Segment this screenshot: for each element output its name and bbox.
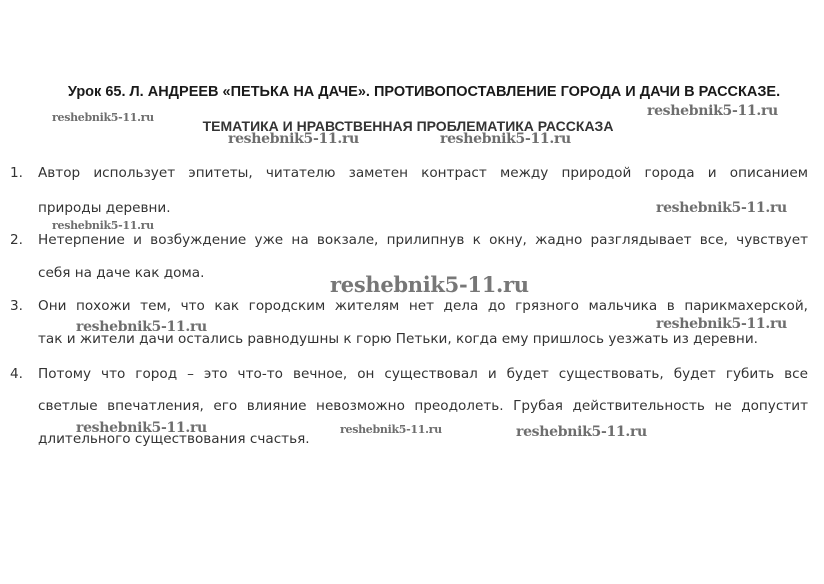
watermark: reshebnik5-11.ru [76,420,207,436]
watermark: reshebnik5-11.ru [440,131,571,147]
watermark: reshebnik5-11.ru [656,316,787,332]
item-text-line: Автор использует эпитеты, читателю замет… [38,165,808,181]
item-text-line: Они похожи тем, что как городским жителя… [38,298,808,314]
item-text-line: светлые впечатления, его влияние невозмо… [38,398,808,414]
watermark: reshebnik5-11.ru [52,111,154,124]
watermark: reshebnik5-11.ru [76,319,207,335]
item-text-line: Потому что город – это что-то вечное, он… [38,366,808,382]
item-number: 3. [10,298,23,314]
item-number: 1. [10,165,23,181]
watermark: reshebnik5-11.ru [330,272,529,297]
watermark: reshebnik5-11.ru [52,219,154,232]
item-text-line: Нетерпение и возбуждение уже на вокзале,… [38,232,808,248]
item-number: 4. [10,366,23,382]
watermark: reshebnik5-11.ru [656,200,787,216]
watermark: reshebnik5-11.ru [340,423,442,436]
lesson-title: Урок 65. Л. АНДРЕЕВ «ПЕТЬКА НА ДАЧЕ». ПР… [12,84,824,100]
item-number: 2. [10,232,23,248]
watermark: reshebnik5-11.ru [516,424,647,440]
watermark: reshebnik5-11.ru [647,103,778,119]
watermark: reshebnik5-11.ru [228,131,359,147]
